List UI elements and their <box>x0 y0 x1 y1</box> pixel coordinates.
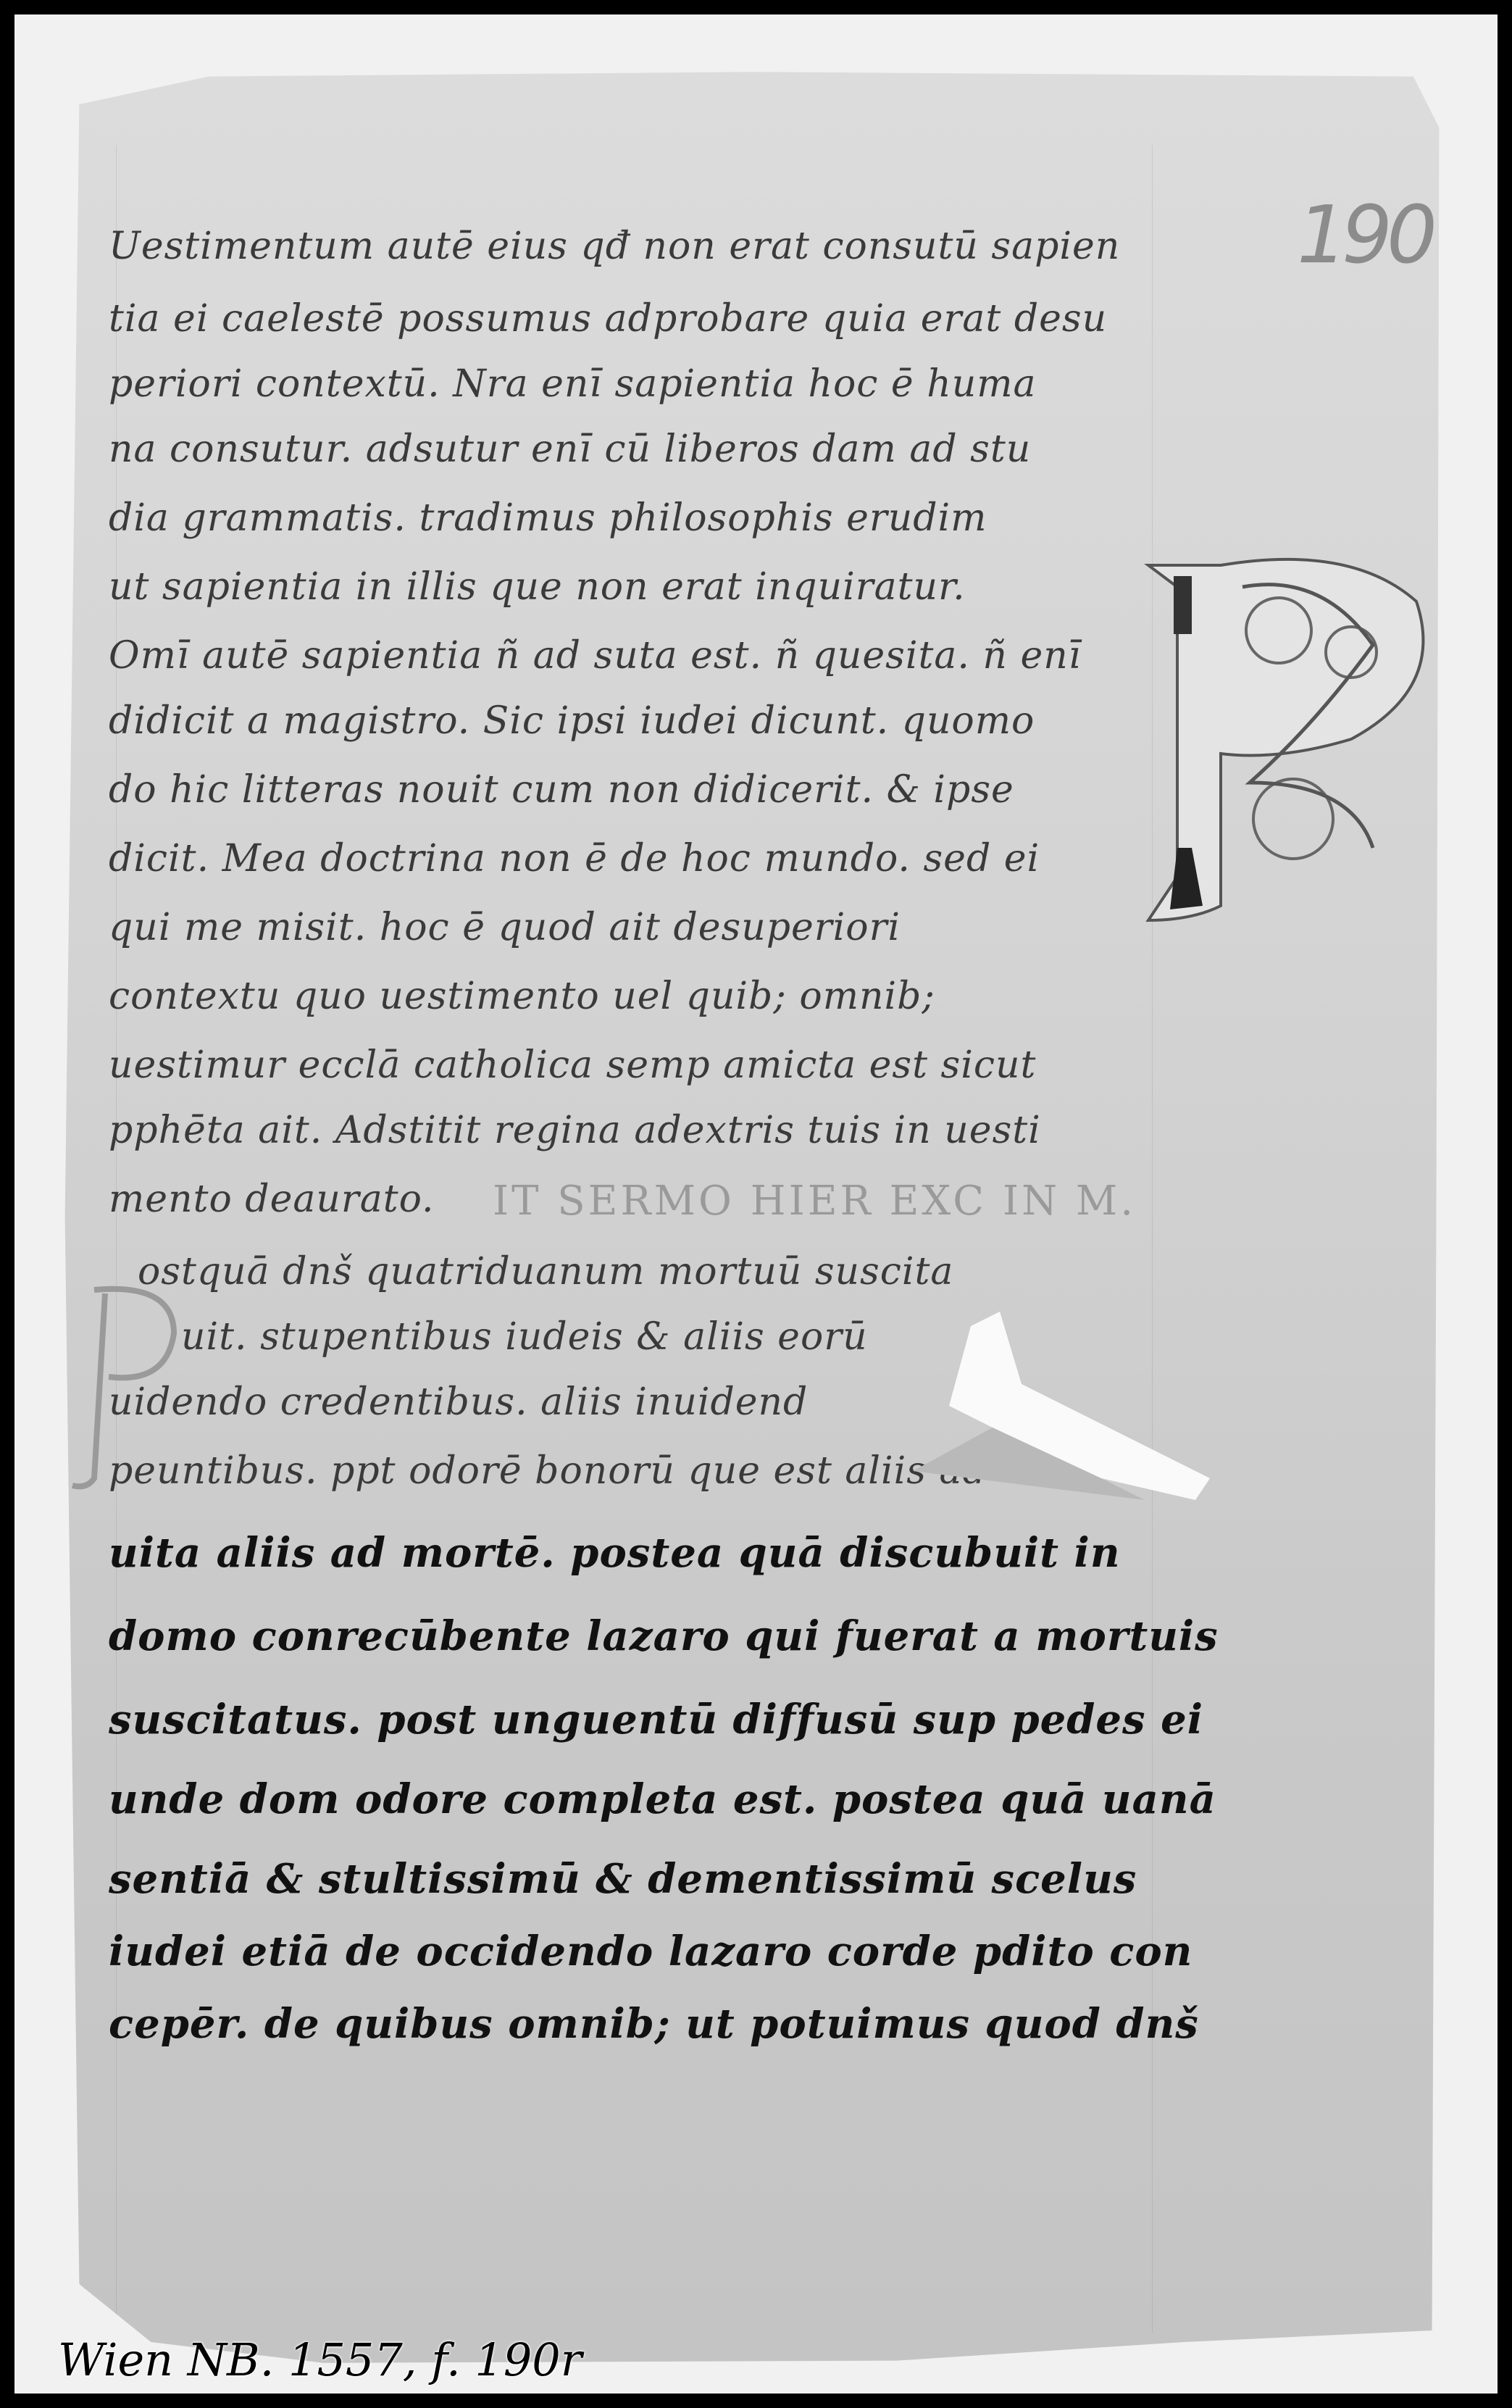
text-line: Omī autē sapientia ñ ad suta est. ñ ques… <box>109 634 1081 678</box>
text-line: dicit. Mea doctrina non ē de hoc mundo. … <box>109 837 1040 880</box>
text-line: uidendo credentibus. aliis inuidend <box>109 1380 808 1424</box>
text-line: domo conrecūbente lazaro qui fuerat a mo… <box>109 1612 1219 1660</box>
text-line: dia grammatis. tradimus philosophis erud… <box>109 496 987 540</box>
text-line: Uestimentum autē eius qđ non erat consut… <box>109 225 1120 268</box>
photo-frame: 190 Uestimentum autē eius qđ non erat co… <box>14 14 1498 2394</box>
text-line: suscitatus. post unguentū diffusū sup pe… <box>109 1696 1203 1743</box>
text-line: do hic litteras nouit cum non didicerit.… <box>109 768 1014 812</box>
parchment-tear <box>906 1297 1232 1515</box>
shelfmark-caption: Wien NB. 1557, f. 190r <box>58 2333 582 2386</box>
text-line: ut sapientia in illis que non erat inqui… <box>109 565 966 609</box>
text-line: ostquā dnš quatriduanum mortuū suscita <box>138 1250 953 1293</box>
text-line: sentiā & stultissimū & dementissimū scel… <box>109 1855 1137 1903</box>
text-line: periori contextū. Nra enī sapientia hoc … <box>109 362 1037 406</box>
text-line: uit. stupentibus iudeis & aliis eorū <box>181 1315 868 1359</box>
text-line: cepēr. de quibus omnib; ut potuimus quod… <box>109 2000 1199 2048</box>
folio-number: 190 <box>1297 188 1432 281</box>
text-line: uita aliis ad mortē. postea quā discubui… <box>109 1529 1121 1577</box>
text-line: contextu quo uestimento uel quib; omnib; <box>109 975 935 1018</box>
outline-initial-icon <box>65 1275 181 1493</box>
text-line: pphēta ait. Adstitit regina adextris tui… <box>109 1109 1041 1152</box>
text-line: na consutur. adsutur enī cū liberos dam … <box>109 428 1031 471</box>
text-line: qui me misit. hoc ē quod ait desuperiori <box>109 906 901 949</box>
decorated-initial-icon <box>1134 543 1431 928</box>
text-line: peuntibus. ppt odorē bonorū que est alii… <box>109 1449 987 1493</box>
rubric-heading: IT SERMO HIER EXC IN M. <box>493 1178 1136 1225</box>
text-line: mento deaurato. <box>109 1178 435 1221</box>
text-line: iudei etiā de occidendo lazaro corde pdi… <box>109 1928 1193 1975</box>
text-line: didicit a magistro. Sic ipsi iudei dicun… <box>109 699 1035 743</box>
text-line: tia ei caelestē possumus adprobare quia … <box>109 297 1107 341</box>
text-line: unde dom odore completa est. postea quā … <box>109 1775 1216 1823</box>
text-line: uestimur ecclā catholica semp amicta est… <box>109 1043 1036 1087</box>
